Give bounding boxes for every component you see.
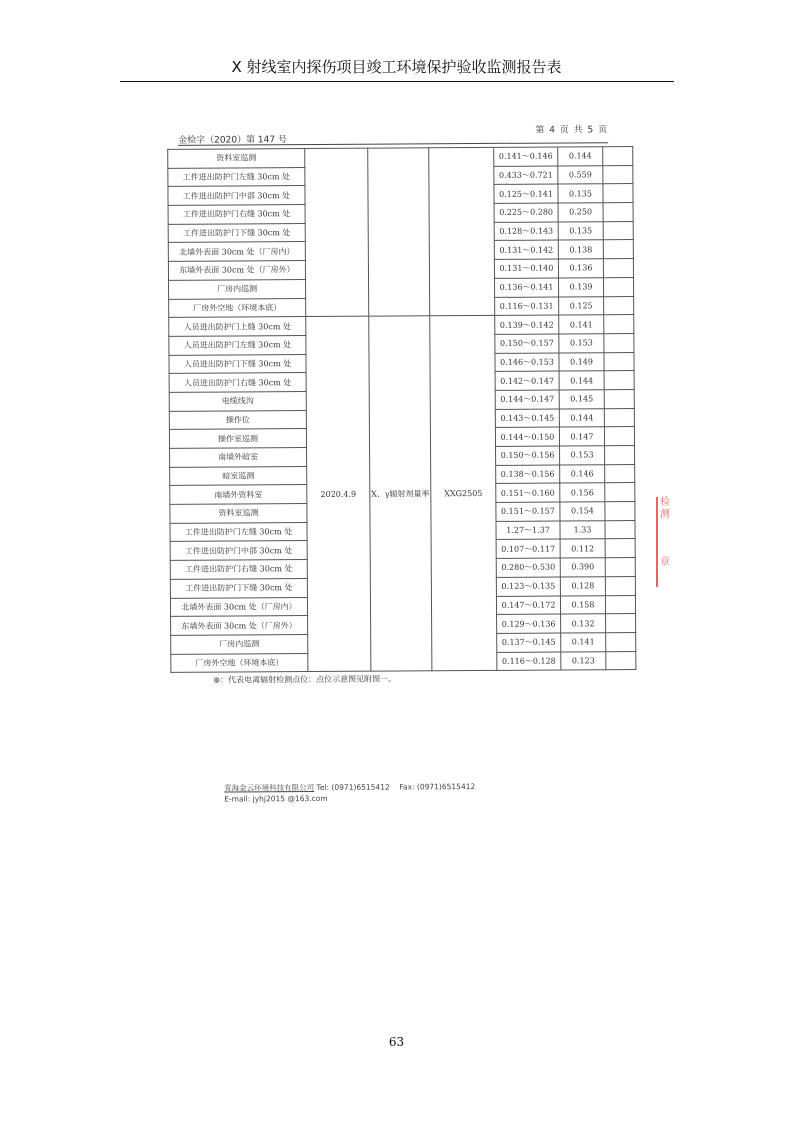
location-cell: 人员进出防护门下缝 30cm 处 <box>169 354 306 374</box>
average-cell: 0.146 <box>560 464 605 483</box>
note-cell <box>605 558 635 577</box>
note-cell <box>605 483 635 502</box>
average-cell: 0.250 <box>558 203 603 222</box>
range-cell: 0.116～0.128 <box>497 652 561 671</box>
average-cell: 0.149 <box>559 352 604 371</box>
location-cell: 操作位 <box>169 410 306 430</box>
average-cell: 0.125 <box>559 296 604 315</box>
range-cell: 0.131～0.140 <box>494 259 558 278</box>
range-cell: 0.141～0.146 <box>494 147 558 166</box>
location-cell: 资料室巡测 <box>168 149 305 169</box>
footnote: ⊕：代表电离辐射检测点位：点位示意图见附图一。 <box>213 674 396 686</box>
location-cell: 操作室巡测 <box>169 429 306 449</box>
average-cell: 0.145 <box>559 390 604 409</box>
measurement-table: 资料室巡测0.141～0.1460.144工件进出防护门左缝 30cm 处0.4… <box>167 146 636 673</box>
range-cell: 0.107～0.117 <box>496 539 560 558</box>
average-cell: 0.138 <box>558 240 603 259</box>
range-cell: 0.123～0.135 <box>496 577 560 596</box>
note-cell <box>604 352 634 371</box>
note-cell <box>605 595 635 614</box>
date-cell: 2020.4.9 <box>306 316 371 671</box>
average-cell: 0.136 <box>558 259 603 278</box>
range-cell: 0.146～0.153 <box>495 353 559 372</box>
range-cell: 0.125～0.141 <box>494 184 558 203</box>
range-cell: 0.144～0.147 <box>495 390 559 409</box>
note-cell <box>603 203 633 222</box>
note-cell <box>606 651 636 670</box>
range-cell: 0.137～0.145 <box>497 633 561 652</box>
range-cell: 0.131～0.142 <box>494 240 558 259</box>
note-cell <box>603 147 633 166</box>
note-cell <box>603 221 633 240</box>
range-cell: 0.151～0.160 <box>496 483 560 502</box>
device-cell <box>429 147 495 316</box>
average-cell: 0.144 <box>559 408 604 427</box>
range-cell: 0.150～0.156 <box>496 446 560 465</box>
average-cell: 0.112 <box>560 539 605 558</box>
location-cell: 厂房内巡测 <box>169 279 306 299</box>
location-cell: 电缆线沟 <box>169 391 306 411</box>
note-cell <box>604 371 634 390</box>
average-cell: 0.390 <box>560 558 605 577</box>
location-cell: 东墙外表面 30cm 处（厂房外） <box>168 261 305 281</box>
average-cell: 0.156 <box>560 483 605 502</box>
location-cell: 人员进出防护门左缝 30cm 处 <box>169 335 306 355</box>
range-cell: 1.27～1.37 <box>496 521 560 540</box>
note-cell <box>603 259 633 278</box>
location-cell: 南墙外暗室 <box>170 448 307 468</box>
company-contact: 青海金云环境科技有限公司 Tel: (0971)6515412 Fax: (09… <box>224 781 475 794</box>
range-cell: 0.225～0.280 <box>494 203 558 222</box>
range-cell: 0.139～0.142 <box>495 315 559 334</box>
average-cell: 0.135 <box>558 221 603 240</box>
scanned-report-page: 金检字（2020）第 147 号 第 4 页 共 5 页 资料室巡测0.141～… <box>150 112 654 835</box>
note-cell <box>604 333 634 352</box>
date-cell <box>305 148 369 317</box>
average-cell: 0.123 <box>561 651 606 670</box>
fax-label: Fax: <box>399 782 414 791</box>
note-cell <box>603 184 633 203</box>
page-header-title: X 射线室内探伤项目竣工环境保护验收监测报告表 <box>0 56 793 77</box>
average-cell: 0.154 <box>560 502 605 521</box>
range-cell: 0.147～0.172 <box>496 596 560 615</box>
header-rule <box>120 81 674 82</box>
note-cell <box>604 427 634 446</box>
note-cell <box>605 576 635 595</box>
location-cell: 工件进出防护门中部 30cm 处 <box>168 186 305 206</box>
note-cell <box>604 315 634 334</box>
note-cell <box>605 464 635 483</box>
email-value: jyhj2015 @163.com <box>253 794 328 803</box>
average-cell: 0.128 <box>560 577 605 596</box>
location-cell: 东墙外表面 30cm 处（厂房外） <box>171 616 308 636</box>
location-cell: 工件进出防护门左缝 30cm 处 <box>170 522 307 542</box>
location-cell: 工件进出防护门左缝 30cm 处 <box>168 167 305 187</box>
average-cell: 1.33 <box>560 520 605 539</box>
range-cell: 0.433～0.721 <box>494 166 558 185</box>
location-cell: 资料室巡测 <box>170 504 307 524</box>
range-cell: 0.136～0.141 <box>495 278 559 297</box>
average-cell: 0.141 <box>559 315 604 334</box>
range-cell: 0.143～0.145 <box>495 409 559 428</box>
note-cell <box>603 240 633 259</box>
range-cell: 0.116～0.131 <box>495 297 559 316</box>
location-cell: 暗室巡测 <box>170 466 307 486</box>
location-cell: 工件进出防护门下缝 30cm 处 <box>168 223 305 243</box>
average-cell: 0.132 <box>561 614 606 633</box>
location-cell: 北墙外表面 30cm 处（厂房内） <box>170 597 307 617</box>
average-cell: 0.559 <box>558 165 603 184</box>
range-cell: 0.280～0.530 <box>496 558 560 577</box>
location-cell: 工件进出防护门中部 30cm 处 <box>170 541 307 561</box>
note-cell <box>604 296 634 315</box>
range-cell: 0.150～0.157 <box>495 334 559 353</box>
item-cell: X、γ辐射剂量率 <box>369 316 432 671</box>
location-cell: 厂房外空地（环境本底） <box>171 653 308 673</box>
location-cell: 厂房内巡测 <box>171 634 308 654</box>
note-cell <box>604 277 634 296</box>
range-cell: 0.151～0.157 <box>496 502 560 521</box>
note-cell <box>605 539 635 558</box>
note-cell <box>604 408 634 427</box>
page-number: 63 <box>0 1035 793 1049</box>
note-cell <box>605 446 635 465</box>
location-cell: 工件进出防护门右缝 30cm 处 <box>168 205 305 225</box>
average-cell: 0.144 <box>558 147 603 166</box>
average-cell: 0.135 <box>558 184 603 203</box>
average-cell: 0.141 <box>561 633 606 652</box>
tel-label: Tel: <box>316 783 329 792</box>
location-cell: 人员进出防护门右缝 30cm 处 <box>169 373 306 393</box>
location-cell: 南墙外资料室 <box>170 485 307 505</box>
average-cell: 0.147 <box>559 427 604 446</box>
note-cell <box>605 520 635 539</box>
average-cell: 0.153 <box>560 446 605 465</box>
note-cell <box>606 614 636 633</box>
range-cell: 0.142～0.147 <box>495 371 559 390</box>
location-cell: 北墙外表面 30cm 处（厂房内） <box>168 242 305 262</box>
average-cell: 0.139 <box>559 278 604 297</box>
location-cell: 工件进出防护门下缝 30cm 处 <box>170 578 307 598</box>
location-cell: 工件进出防护门右缝 30cm 处 <box>170 560 307 580</box>
range-cell: 0.128～0.143 <box>494 222 558 241</box>
range-cell: 0.129～0.136 <box>497 614 561 633</box>
company-name: 青海金云环境科技有限公司 <box>224 783 314 793</box>
email-label: E-mail: <box>224 794 250 803</box>
range-cell: 0.138～0.156 <box>496 465 560 484</box>
red-seal-stamp: 检测 章 <box>656 497 672 587</box>
note-cell <box>606 632 636 651</box>
page-count: 第 4 页 共 5 页 <box>535 122 608 135</box>
average-cell: 0.153 <box>559 334 604 353</box>
fax-value: (0971)6515412 <box>417 782 475 791</box>
tel-value: (0971)6515412 <box>331 783 389 792</box>
location-cell: 厂房外空地（环境本底） <box>169 298 306 318</box>
location-cell: 人员进出防护门上缝 30cm 处 <box>169 317 306 337</box>
average-cell: 0.158 <box>560 595 605 614</box>
average-cell: 0.144 <box>559 371 604 390</box>
note-cell <box>604 389 634 408</box>
item-cell <box>368 148 430 317</box>
note-cell <box>603 165 633 184</box>
range-cell: 0.144～0.150 <box>495 427 559 446</box>
note-cell <box>605 502 635 521</box>
company-email: E-mail: jyhj2015 @163.com <box>224 794 328 804</box>
device-cell: XXG2505 <box>430 316 497 671</box>
